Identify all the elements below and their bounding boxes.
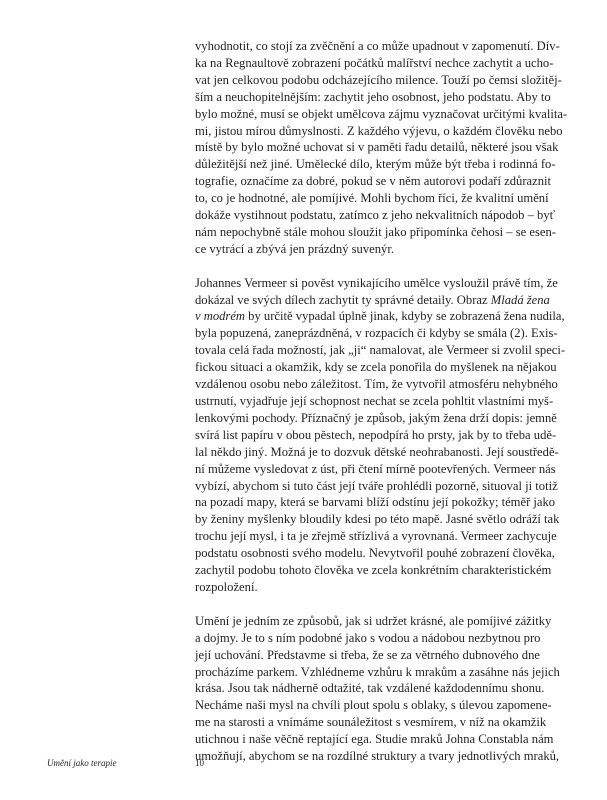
paragraph-1: vyhodnotit, co stojí za zvěčnění a co mů… xyxy=(195,38,540,258)
text-line: ce vytrácí a zbývá jen prázdný suvenýr. xyxy=(195,241,540,258)
text-line: dokázal ve svých dílech zachytit ty sprá… xyxy=(195,292,540,309)
text-line: mi, jistou mírou důmyslnosti. Z každého … xyxy=(195,123,540,140)
text-line: vat jen celkovou podobu odcházejícího mi… xyxy=(195,72,540,89)
text-line: procházíme parkem. Vzhlédneme vzhůru k m… xyxy=(195,664,540,681)
book-page: vyhodnotit, co stojí za zvěčnění a co mů… xyxy=(0,0,607,800)
text-line: lenkovými pochody. Příznačný je způsob, … xyxy=(195,410,540,427)
text-line: důležitější než jiné. Umělecké dílo, kte… xyxy=(195,156,540,173)
page-number: 10 xyxy=(195,758,204,768)
body-text: vyhodnotit, co stojí za zvěčnění a co mů… xyxy=(195,38,540,765)
text-line: bylo možné, musí se objekt umělcova zájm… xyxy=(195,106,540,123)
text-line: by ženiny myšlenky bloudily kdesi po tét… xyxy=(195,511,540,528)
text-line: tovala celá řada možností, jak „ji“ nama… xyxy=(195,342,540,359)
text-line: místě by bylo možné uchovat si v paměti … xyxy=(195,139,540,156)
text-line: umožňují, abychom se na rozdílné struktu… xyxy=(195,748,540,765)
paragraph-3: Umění je jedním ze způsobů, jak si udrže… xyxy=(195,613,540,765)
text-line: vyhodnotit, co stojí za zvěčnění a co mů… xyxy=(195,38,540,55)
text-line: v modrém by určitě vypadal úplně jinak, … xyxy=(195,308,540,325)
paragraph-2: Johannes Vermeer si pověst vynikajícího … xyxy=(195,275,540,596)
running-footer-title: Umění jako terapie xyxy=(47,758,116,768)
text-line: tografie, označíme za dobré, pokud se v … xyxy=(195,173,540,190)
text-line: rozpoložení. xyxy=(195,579,540,596)
text-line: lal někdo jiný. Možná je to dozvuk dětsk… xyxy=(195,444,540,461)
text-line: ka na Regnaultově zobrazení počátků malí… xyxy=(195,55,540,72)
text-line: ustrnutí, vyjadřuje její schopnost necha… xyxy=(195,393,540,410)
text-line: zachytil podobu tohoto člověka ve zcela … xyxy=(195,562,540,579)
text-line: nám nepochybně stále mohou sloužit jako … xyxy=(195,224,540,241)
artwork-title: Mladá žena xyxy=(491,293,550,307)
text-line: dokáže vystihnout podstatu, zatímco z je… xyxy=(195,207,540,224)
text-line: vzdálenou osobu nebo záležitost. Tím, že… xyxy=(195,376,540,393)
artwork-title: v modrém xyxy=(195,309,245,323)
text-line: a dojmy. Je to s ním podobné jako s vodo… xyxy=(195,630,540,647)
text-line: byla popuzená, zaneprázdněná, v rozpacíc… xyxy=(195,325,540,342)
text-line: svírá list papíru v obou pěstech, nepodp… xyxy=(195,427,540,444)
text-line: vybízí, abychom si tuto část její tváře … xyxy=(195,478,540,495)
text-line: ní můžeme vysledovat z úst, při čtení mí… xyxy=(195,461,540,478)
text-line: to, co je hodnotné, ale pomíjivé. Mohli … xyxy=(195,190,540,207)
text-line: utichnou i naše věčně reptající ega. Stu… xyxy=(195,731,540,748)
text-line: krása. Jsou tak nádherně odtažité, tak v… xyxy=(195,680,540,697)
text-line: Johannes Vermeer si pověst vynikajícího … xyxy=(195,275,540,292)
text-line: ším a neuchopitelnějším: zachytit jeho o… xyxy=(195,89,540,106)
text-line: Necháme naši mysl na chvíli plout spolu … xyxy=(195,697,540,714)
text-fragment: by určitě vypadal úplně jinak, kdyby se … xyxy=(248,309,564,323)
text-line: fickou situaci a okamžik, kdy se zcela p… xyxy=(195,359,540,376)
text-line: Umění je jedním ze způsobů, jak si udrže… xyxy=(195,613,540,630)
text-fragment: dokázal ve svých dílech zachytit ty sprá… xyxy=(195,293,491,307)
text-line: trochu její mysl, i ta je zřejmě střízli… xyxy=(195,528,540,545)
text-line: na pozadí mapy, která se barvami blíží o… xyxy=(195,494,540,511)
text-line: podstatu osobnosti svého modelu. Nevytvo… xyxy=(195,545,540,562)
text-line: me na starosti a vnímáme sounáležitost s… xyxy=(195,714,540,731)
text-line: její uchování. Představme si třeba, že s… xyxy=(195,647,540,664)
